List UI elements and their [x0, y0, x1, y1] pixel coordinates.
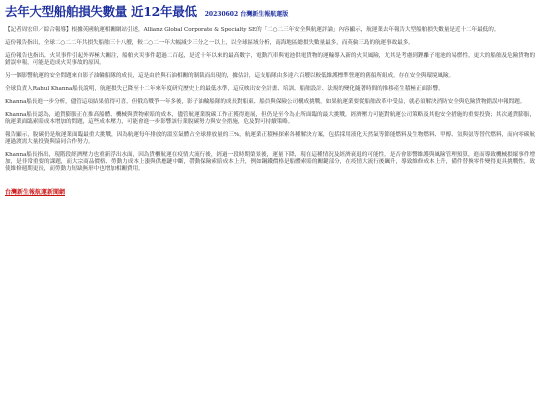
article-paragraph-2: 這份報告指出，全球二○二二年共損失船舶三十八艘，較二○二一年大幅減少三分之一以上…: [5, 40, 535, 47]
article-paragraph-9: Khanna船長指出，現階段經濟壓力也重新浮出水面，因為貨櫃航運在疫情大流行後，…: [5, 152, 535, 173]
article-paragraph-6: Khanna船長進一步分析，儘管這項結果值得可喜，但俄烏戰爭一年多後，影子油輪船…: [5, 99, 535, 106]
article-dateline: 20230602 台灣新生報航運版: [205, 11, 289, 18]
article-paragraph-3: 這份報告也指出，火災事件引起外界極大關注，船舶火災事件超過二百起，是近十年以來的…: [5, 53, 535, 67]
article-headline: 去年大型船舶損失數量 近12年最低: [5, 4, 197, 19]
article-body: 【記者周宏印／綜合報導】根據英國航運相關網站引述，Allianz Global …: [5, 27, 535, 173]
article-paragraph-5: 全球負責人Rahul Khanna船長說明，航運損失已降至十二年來年度研究歷史上…: [5, 86, 535, 93]
article-paragraph-8: 報告顯示，脫碳仍是航運業面臨最重大挑戰，因為航運每年排放的溫室氣體占全球排放量的…: [5, 132, 535, 146]
article-page: 去年大型船舶損失數量 近12年最低 20230602 台灣新生報航運版 【記者周…: [0, 0, 540, 198]
article-paragraph-7: Khanna船長認為，通貨膨脹正在推高船體、機械與貨物索賠的成本，儘管航運業脫碳…: [5, 112, 535, 126]
news-site-link[interactable]: 台灣新生報航運新聞網: [5, 187, 65, 196]
article-header: 去年大型船舶損失數量 近12年最低 20230602 台灣新生報航運版: [5, 4, 535, 22]
article-paragraph-1: 【記者周宏印／綜合報導】根據英國航運相關網站引述，Allianz Global …: [5, 27, 535, 34]
article-paragraph-4: 另一個影響航運的安全問題來自影子油輪船隊的成長，這是由於與石油相關的制裁而出現的…: [5, 73, 535, 80]
